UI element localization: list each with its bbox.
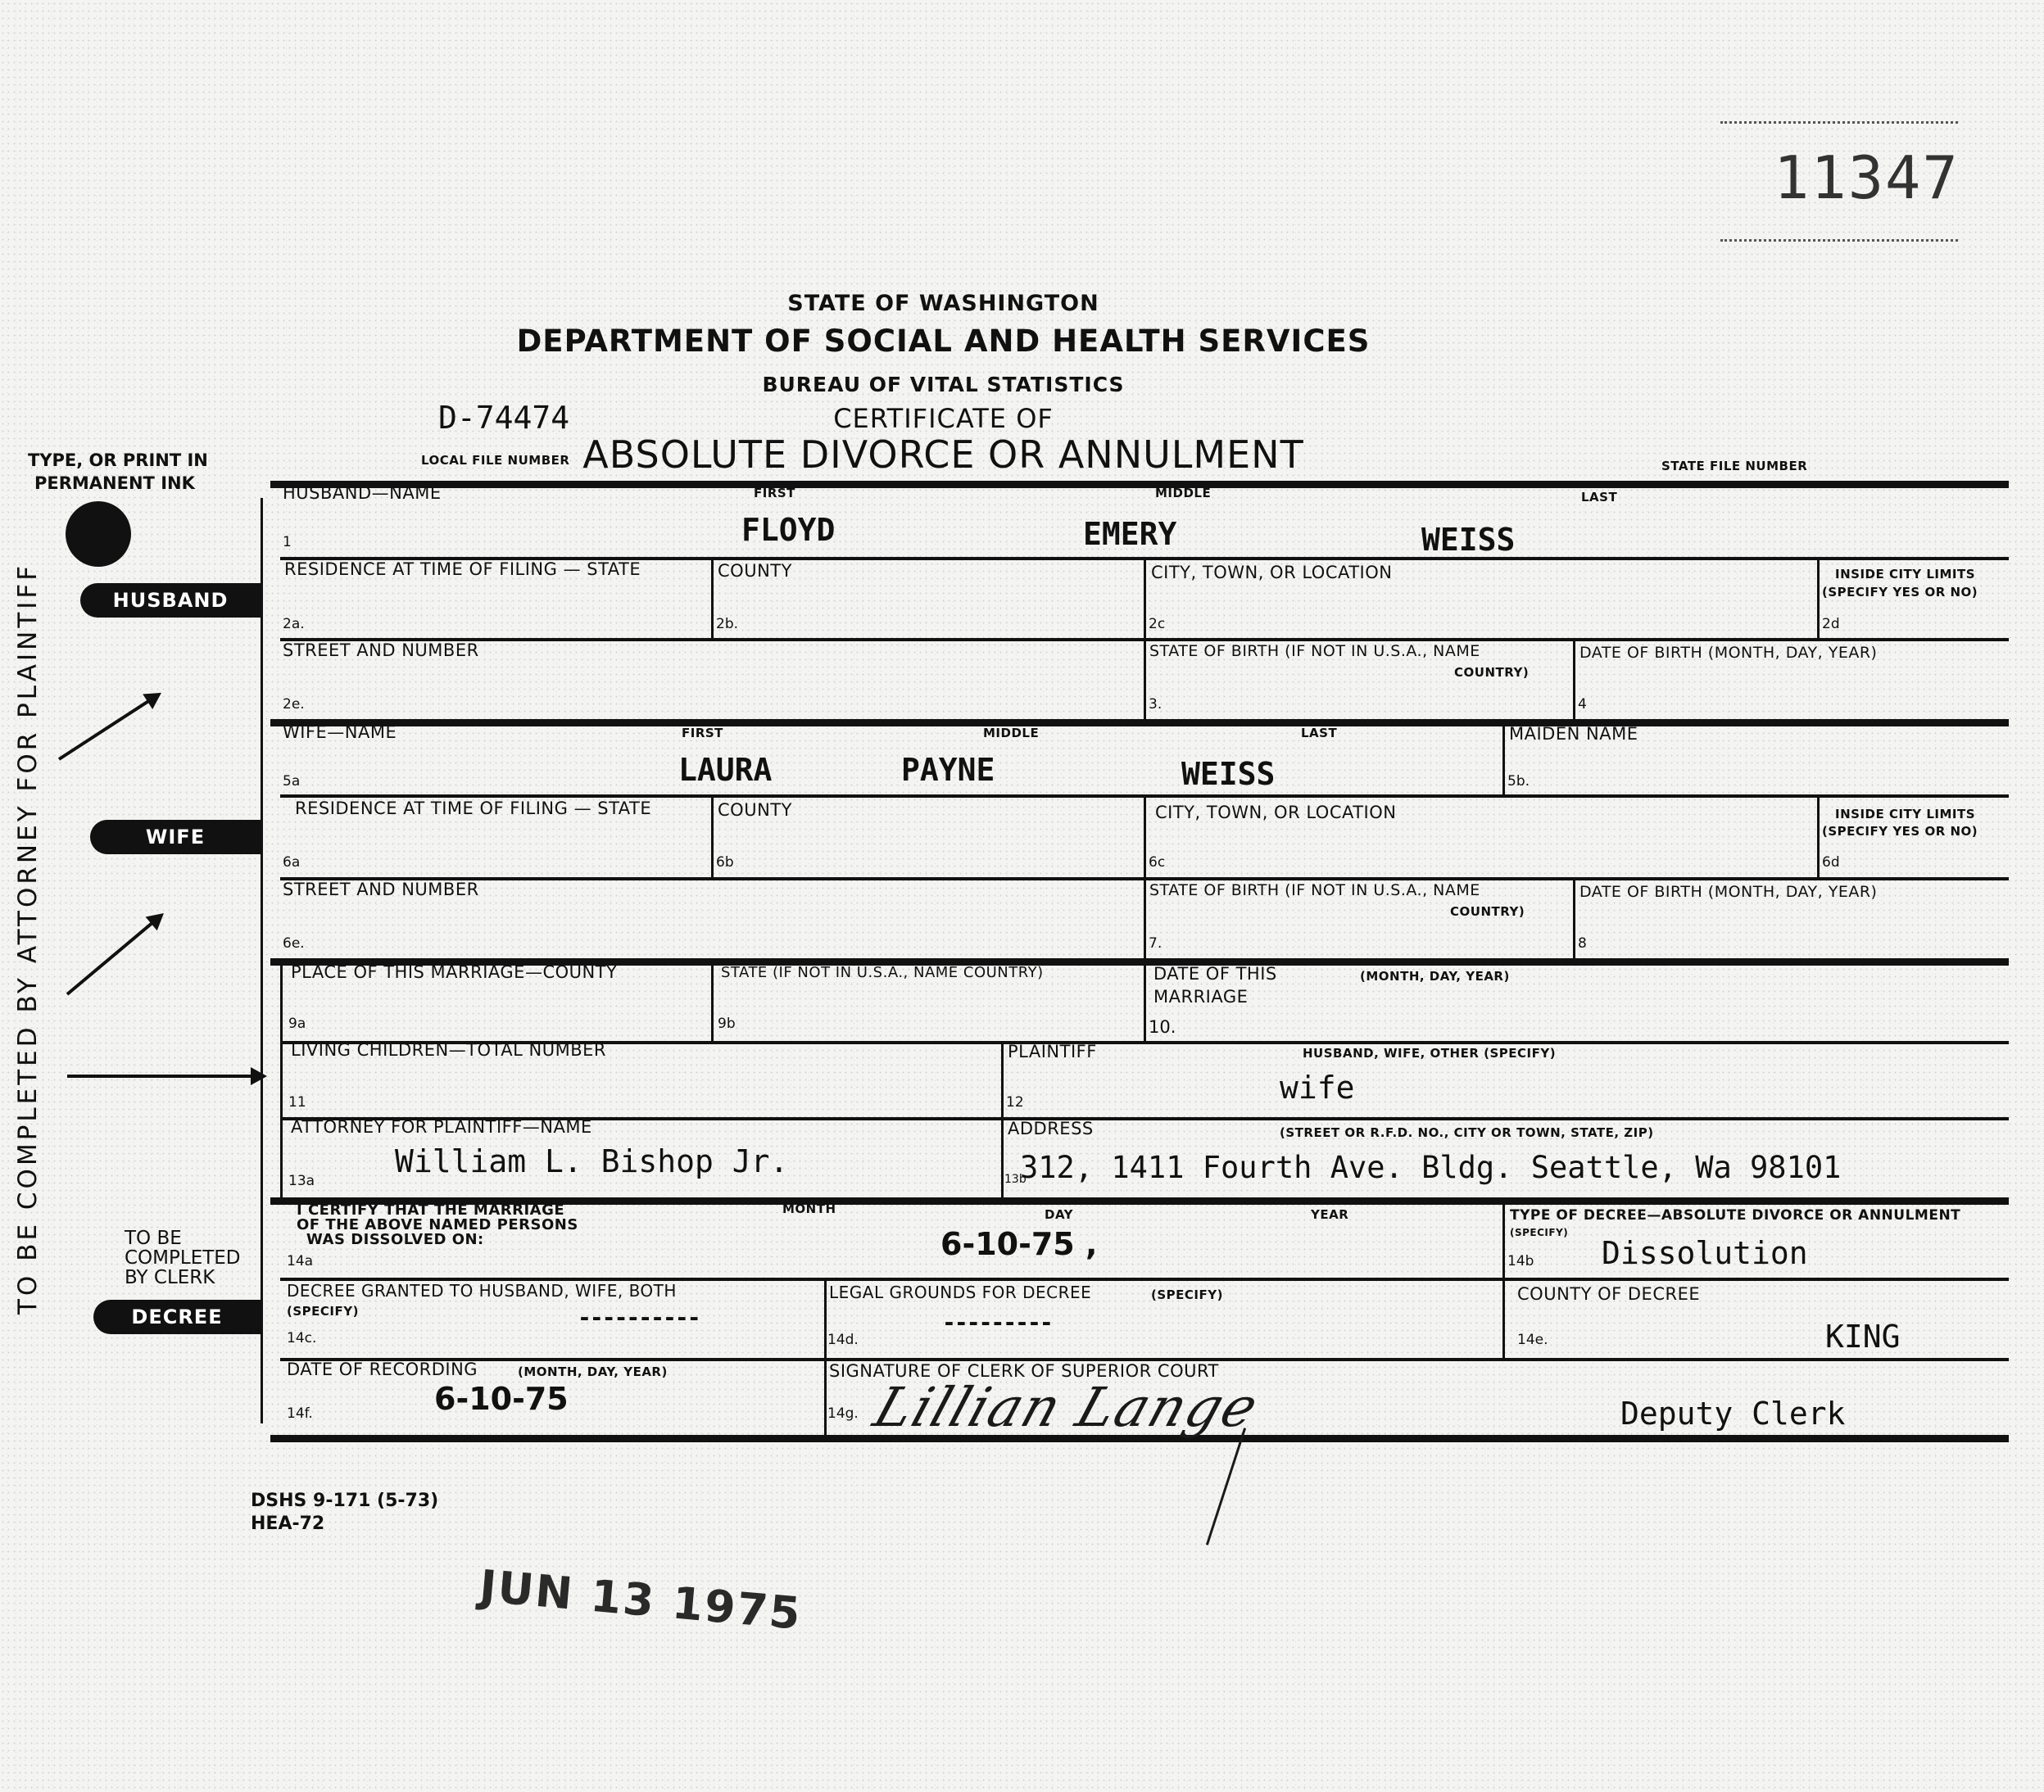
decree-type-value: Dissolution — [1602, 1235, 1808, 1271]
clerk-instruction: TO BE COMPLETED BY CLERK — [125, 1229, 241, 1287]
wife-inside-city-label: INSIDE CITY LIMITS — [1835, 807, 1975, 821]
field-number: 2c — [1149, 616, 1165, 632]
field-number: 10. — [1149, 1017, 1176, 1037]
divider — [1502, 719, 1505, 794]
rule-husband-wife — [270, 719, 2009, 726]
wife-dob-label: DATE OF BIRTH (MONTH, DAY, YEAR) — [1579, 883, 1877, 901]
divider — [1817, 557, 1820, 638]
wife-first-label: FIRST — [682, 726, 723, 740]
tab-decree: DECREE — [93, 1300, 261, 1334]
field-number: 4 — [1578, 696, 1587, 713]
husband-inside-city-hint: (SPECIFY YES OR NO) — [1822, 585, 1978, 600]
husband-county-label: COUNTY — [718, 561, 792, 581]
plaintiff-hint: HUSBAND, WIFE, OTHER (SPECIFY) — [1303, 1046, 1556, 1061]
wife-city-label: CITY, TOWN, OR LOCATION — [1155, 803, 1396, 822]
day-label: DAY — [1045, 1207, 1073, 1222]
divider — [1144, 794, 1146, 958]
wife-street-label: STREET AND NUMBER — [283, 880, 479, 899]
wife-state-birth-label-2: COUNTRY) — [1450, 904, 1525, 919]
control-number: 11347 — [1774, 143, 1960, 212]
legal-grounds-specify: (SPECIFY) — [1151, 1287, 1223, 1302]
marriage-state-label: STATE (IF NOT IN U.S.A., NAME COUNTRY) — [721, 964, 1044, 981]
clerk-instruction-line: COMPLETED — [125, 1248, 241, 1268]
field-number: 9a — [288, 1016, 306, 1032]
divider — [1144, 958, 1146, 1041]
husband-street-label: STREET AND NUMBER — [283, 640, 479, 660]
divider — [1573, 638, 1575, 719]
clerk-instruction-line: BY CLERK — [125, 1268, 241, 1287]
divider — [711, 557, 714, 638]
state-file-number-label: STATE FILE NUMBER — [1661, 459, 1807, 473]
local-file-number-value: D-74474 — [438, 400, 569, 436]
marriage-place-label: PLACE OF THIS MARRIAGE—COUNTY — [291, 962, 617, 982]
field-number: 2d — [1822, 616, 1840, 632]
wife-last-name: WEISS — [1181, 756, 1275, 792]
header-bureau: BUREAU OF VITAL STATISTICS — [0, 373, 1965, 396]
legal-grounds-value: --------- — [942, 1309, 1052, 1336]
recording-date-value: 6-10-75 — [434, 1381, 569, 1417]
vertical-instruction: TO BE COMPLETED BY ATTORNEY FOR PLAINTIF… — [13, 563, 43, 1315]
wife-county-label: COUNTY — [718, 800, 792, 820]
divider — [1573, 877, 1575, 958]
divider — [1144, 557, 1146, 719]
husband-state-birth-label-2: COUNTRY) — [1454, 665, 1529, 680]
field-number: 14b — [1507, 1253, 1534, 1269]
field-number: 13b — [1004, 1173, 1027, 1186]
tab-husband: HUSBAND — [80, 583, 261, 618]
field-number: 2b. — [716, 616, 738, 632]
field-number: 9b — [718, 1016, 736, 1032]
address-label: ADDRESS — [1008, 1119, 1094, 1138]
control-number-dots-bottom — [1720, 239, 1958, 242]
divider — [1001, 1041, 1004, 1197]
rule-top — [270, 481, 2009, 488]
field-number: 6c — [1149, 854, 1165, 871]
field-number: 14e. — [1517, 1332, 1548, 1348]
year-label: YEAR — [1311, 1207, 1348, 1222]
husband-last-name: WEISS — [1421, 522, 1515, 558]
arrow-icon — [67, 1075, 264, 1078]
field-number: 8 — [1578, 935, 1587, 952]
wife-middle-name: PAYNE — [901, 752, 995, 788]
divider — [1817, 794, 1820, 877]
recording-date-hint: (MONTH, DAY, YEAR) — [518, 1364, 668, 1379]
signer-title: Deputy Clerk — [1620, 1396, 1846, 1432]
marriage-date-label-1: DATE OF THIS — [1153, 964, 1277, 984]
husband-residence-state-label: RESIDENCE AT TIME OF FILING — STATE — [284, 559, 641, 579]
header-certificate-of: CERTIFICATE OF — [0, 403, 1965, 434]
decree-granted-label: DECREE GRANTED TO HUSBAND, WIFE, BOTH — [287, 1281, 677, 1301]
field-number: 12 — [1006, 1094, 1024, 1111]
form-left-border — [261, 498, 263, 1423]
instruction-permanent-ink: PERMANENT INK — [34, 473, 195, 493]
plaintiff-label: PLAINTIFF — [1008, 1042, 1097, 1061]
clerk-instruction-line: TO BE — [125, 1229, 241, 1248]
local-file-number-label: LOCAL FILE NUMBER — [421, 453, 569, 468]
wife-name-label: WIFE—NAME — [283, 722, 397, 742]
county-of-decree-value: KING — [1825, 1319, 1901, 1355]
wife-maiden-label: MAIDEN NAME — [1509, 724, 1638, 744]
husband-dob-label: DATE OF BIRTH (MONTH, DAY, YEAR) — [1579, 644, 1877, 662]
field-number: 14d. — [827, 1332, 859, 1348]
attorney-address: 312, 1411 Fourth Ave. Bldg. Seattle, Wa … — [1020, 1150, 1841, 1185]
legal-grounds-label: LEGAL GROUNDS FOR DECREE — [829, 1283, 1091, 1302]
husband-city-label: CITY, TOWN, OR LOCATION — [1151, 563, 1392, 582]
husband-middle-label: MIDDLE — [1155, 486, 1211, 500]
field-number: 5a — [283, 773, 300, 790]
husband-state-birth-label: STATE OF BIRTH (IF NOT IN U.S.A., NAME — [1149, 642, 1480, 660]
form-code: HEA-72 — [251, 1514, 324, 1534]
children-label: LIVING CHILDREN—TOTAL NUMBER — [291, 1040, 606, 1060]
header-department: DEPARTMENT OF SOCIAL AND HEALTH SERVICES — [0, 324, 1965, 359]
field-number: 13a — [288, 1173, 315, 1189]
marriage-date-label-2: MARRIAGE — [1153, 987, 1248, 1007]
husband-first-label: FIRST — [754, 486, 795, 500]
wife-inside-city-hint: (SPECIFY YES OR NO) — [1822, 824, 1978, 839]
wife-first-name: LAURA — [678, 752, 772, 788]
attorney-name: William L. Bishop Jr. — [395, 1143, 788, 1179]
month-label: MONTH — [782, 1201, 836, 1216]
field-number: 6e. — [283, 935, 305, 952]
divider — [280, 958, 283, 1197]
wife-state-birth-label: STATE OF BIRTH (IF NOT IN U.S.A., NAME — [1149, 881, 1480, 899]
husband-first-name: FLOYD — [741, 512, 835, 548]
wife-middle-label: MIDDLE — [983, 726, 1039, 740]
header-state: STATE OF WASHINGTON — [0, 291, 1965, 316]
dissolved-on-date: 6-10-75 , — [940, 1226, 1097, 1262]
certify-line-3: WAS DISSOLVED ON: — [306, 1231, 484, 1248]
husband-inside-city-label: INSIDE CITY LIMITS — [1835, 567, 1975, 581]
husband-name-label: HUSBAND—NAME — [283, 483, 442, 503]
field-number: 5b. — [1507, 773, 1530, 790]
field-number: 6d — [1822, 854, 1840, 871]
field-number: 2a. — [283, 616, 305, 632]
plaintiff-value: wife — [1280, 1070, 1355, 1106]
divider — [711, 958, 714, 1041]
decree-type-specify: (SPECIFY) — [1510, 1227, 1568, 1238]
divider — [1502, 1197, 1505, 1358]
form-number: DSHS 9-171 (5-73) — [251, 1491, 438, 1511]
address-hint: (STREET OR R.F.D. NO., CITY OR TOWN, STA… — [1280, 1125, 1654, 1140]
decree-granted-value: ---------- — [578, 1304, 700, 1331]
decree-type-label: TYPE OF DECREE—ABSOLUTE DIVORCE OR ANNUL… — [1510, 1207, 1960, 1224]
field-number: 11 — [288, 1094, 306, 1111]
field-number: 6b — [716, 854, 734, 871]
field-number: 6a — [283, 854, 300, 871]
control-number-dots-top — [1720, 121, 1958, 124]
recording-date-label: DATE OF RECORDING — [287, 1360, 478, 1379]
county-of-decree-label: COUNTY OF DECREE — [1517, 1284, 1700, 1304]
divider — [824, 1278, 827, 1435]
wife-last-label: LAST — [1301, 726, 1337, 740]
husband-last-label: LAST — [1581, 490, 1617, 505]
field-number: 14g. — [827, 1405, 859, 1422]
marriage-date-hint: (MONTH, DAY, YEAR) — [1360, 969, 1510, 984]
instruction-type-print: TYPE, OR PRINT IN — [28, 450, 208, 470]
divider — [711, 794, 714, 877]
field-number: 3. — [1149, 696, 1162, 713]
wife-residence-state-label: RESIDENCE AT TIME OF FILING — STATE — [295, 799, 651, 818]
husband-middle-name: EMERY — [1083, 516, 1176, 552]
field-number: 7. — [1149, 935, 1162, 952]
attorney-label: ATTORNEY FOR PLAINTIFF—NAME — [291, 1117, 592, 1137]
field-number: 1 — [283, 534, 292, 550]
field-number: 14f. — [287, 1405, 313, 1422]
field-number: 14a — [287, 1253, 313, 1269]
decree-granted-specify: (SPECIFY) — [287, 1304, 359, 1319]
field-number: 2e. — [283, 696, 305, 713]
clerk-signature: Lillian Lange — [866, 1376, 1267, 1439]
tab-wife: WIFE — [90, 820, 261, 854]
ink-dot-icon — [66, 501, 131, 567]
field-number: 14c. — [287, 1330, 316, 1346]
